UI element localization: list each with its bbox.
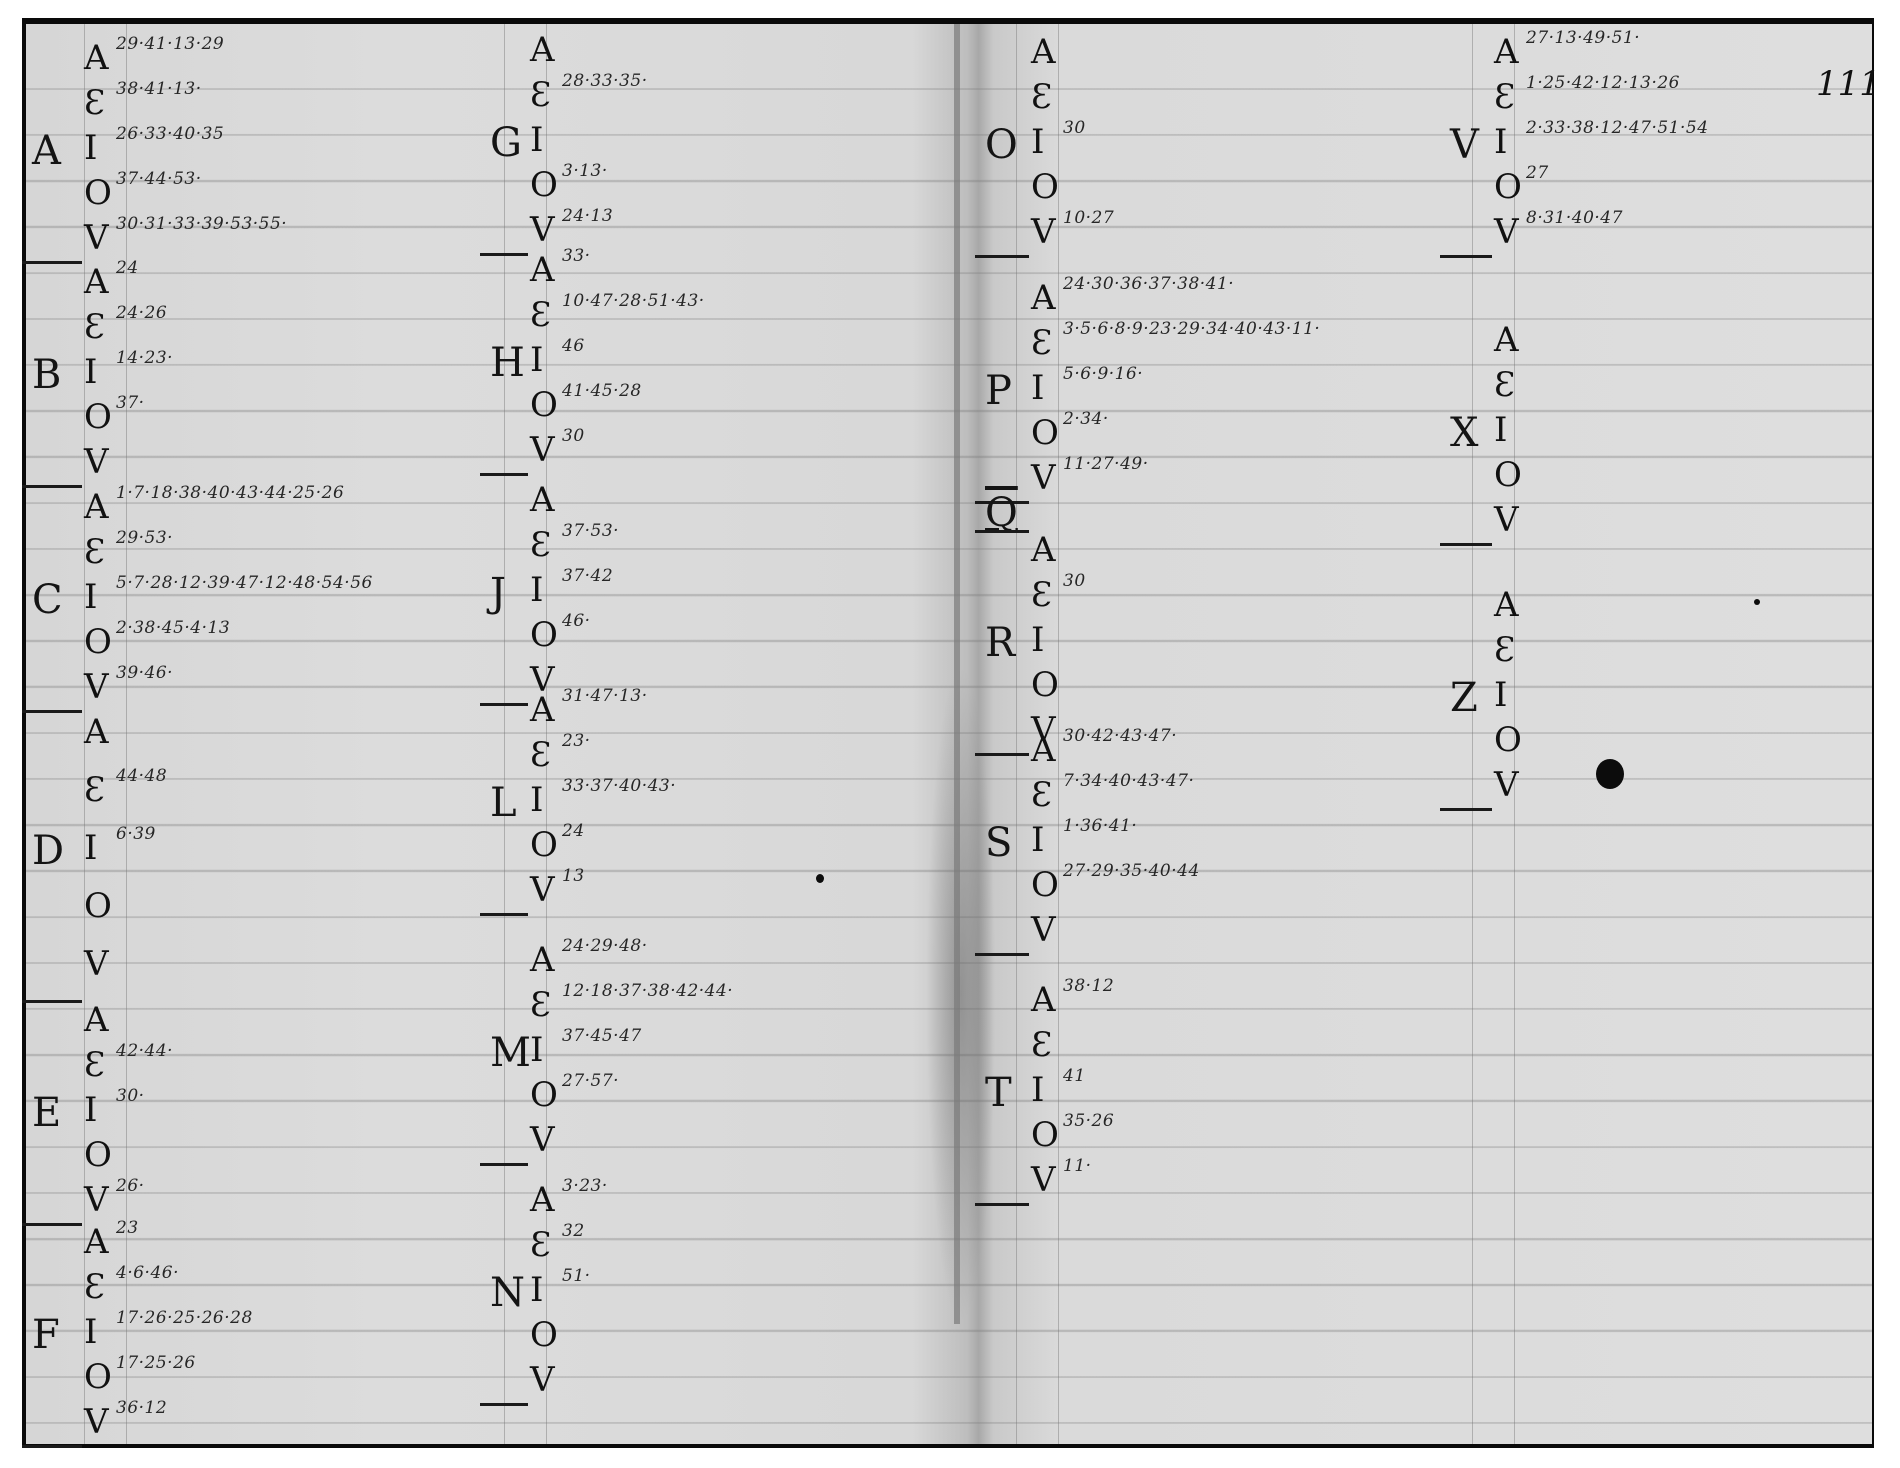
vowel-label: Ɛ	[84, 532, 105, 572]
vowel-label: O	[1494, 720, 1522, 760]
vowel-label: I	[84, 1090, 97, 1130]
index-row: I	[490, 120, 910, 166]
index-row: V30·31·33·39·53·55·	[26, 218, 446, 264]
page-references: 17·26·25·26·28	[116, 1308, 253, 1328]
page-references: 37·	[116, 393, 145, 413]
vowel-label: V	[1494, 212, 1519, 252]
index-row: Ɛ37·53·	[490, 525, 910, 571]
vowel-label: I	[84, 577, 97, 617]
vowel-label: O	[530, 385, 558, 425]
page-references: 30	[1063, 571, 1086, 591]
index-row: V	[490, 1120, 910, 1166]
vowel-label: I	[1031, 820, 1044, 860]
page-references: 10·47·28·51·43·	[562, 291, 705, 311]
vowel-label: A	[530, 1180, 555, 1220]
index-row: V	[1440, 500, 1860, 546]
index-row: A	[26, 1000, 446, 1046]
page-references: 37·45·47	[562, 1026, 642, 1046]
vowel-label: O	[1031, 1115, 1059, 1155]
index-row: Ɛ42·44·	[26, 1045, 446, 1091]
vowel-label: O	[84, 1135, 112, 1175]
index-row: I26·33·40·35	[26, 128, 446, 174]
vowel-label: V	[530, 870, 555, 910]
index-row: I	[1440, 675, 1860, 721]
section-divider	[975, 1203, 1029, 1206]
vowel-label: Ɛ	[1494, 630, 1515, 670]
index-row: A24·29·48·	[490, 940, 910, 986]
index-row: I17·26·25·26·28	[26, 1312, 446, 1358]
page-references: 24	[116, 258, 139, 278]
page-references: 3·5·6·8·9·23·29·34·40·43·11·	[1063, 319, 1320, 339]
vowel-label: Ɛ	[1031, 775, 1052, 815]
vowel-label: O	[84, 173, 112, 213]
index-row: I1·36·41·	[975, 820, 1395, 866]
section-divider	[480, 1403, 528, 1406]
index-row: O	[975, 167, 1395, 213]
index-row: Ɛ1·25·42·12·13·26	[1440, 77, 1860, 123]
page-references: 26·	[116, 1176, 145, 1196]
section-divider	[1440, 808, 1492, 811]
index-row: Ɛ32	[490, 1225, 910, 1271]
page-references: 5·6·9·16·	[1063, 364, 1143, 384]
page-references: 1·36·41·	[1063, 816, 1137, 836]
page-references: 44·48	[116, 766, 167, 786]
page-references: 10·27	[1063, 208, 1114, 228]
index-row: O24	[490, 825, 910, 871]
vowel-label: Ɛ	[530, 735, 551, 775]
page-references: 2·34·	[1063, 409, 1109, 429]
page-references: 38·41·13·	[116, 79, 202, 99]
page-references: 17·25·26	[116, 1353, 196, 1373]
page-references: 2·38·45·4·13	[116, 618, 230, 638]
index-row: Ɛ29·53·	[26, 532, 446, 578]
index-row: Ɛ12·18·37·38·42·44·	[490, 985, 910, 1031]
index-row: I30·	[26, 1090, 446, 1136]
vowel-label: O	[530, 615, 558, 655]
vowel-label: I	[1031, 368, 1044, 408]
vowel-label: O	[1494, 167, 1522, 207]
page-references: 27	[1526, 163, 1549, 183]
vowel-label: O	[1031, 413, 1059, 453]
vowel-label: V	[84, 944, 109, 984]
vowel-label: I	[530, 340, 543, 380]
vowel-label: A	[530, 30, 555, 70]
binding-gutter	[954, 24, 960, 1324]
vowel-label: A	[84, 487, 109, 527]
index-row: O	[26, 886, 446, 932]
vowel-label: I	[530, 780, 543, 820]
index-row: O2·38·45·4·13	[26, 622, 446, 668]
page-references: 8·31·40·47	[1526, 208, 1623, 228]
page-references: 37·42	[562, 566, 613, 586]
index-row: I33·37·40·43·	[490, 780, 910, 826]
index-row: A30·42·43·47·	[975, 730, 1395, 776]
index-row: A	[1440, 320, 1860, 366]
index-row: O41·45·28	[490, 385, 910, 431]
vowel-label: Ɛ	[84, 1267, 105, 1307]
index-row: Ɛ38·41·13·	[26, 83, 446, 129]
vowel-label: O	[530, 1315, 558, 1355]
page-references: 30	[1063, 118, 1086, 138]
index-row: V11·27·49·	[975, 458, 1395, 504]
page-references: 24·26	[116, 303, 167, 323]
vowel-label: A	[1031, 32, 1056, 72]
page-references: 30·31·33·39·53·55·	[116, 214, 287, 234]
index-row: Ɛ44·48	[26, 770, 446, 816]
page-references: 37·44·53·	[116, 169, 202, 189]
page-references: 29·53·	[116, 528, 173, 548]
page-references: 1·25·42·12·13·26	[1526, 73, 1680, 93]
index-row: O	[1440, 720, 1860, 766]
index-row: V	[1440, 765, 1860, 811]
index-row: Ɛ10·47·28·51·43·	[490, 295, 910, 341]
vowel-label: A	[530, 940, 555, 980]
index-row: V26·	[26, 1180, 446, 1226]
page-references: 7·34·40·43·47·	[1063, 771, 1194, 791]
page-references: 31·47·13·	[562, 686, 648, 706]
vowel-label: O	[84, 1357, 112, 1397]
index-row: O35·26	[975, 1115, 1395, 1161]
page-references: 36·12	[116, 1398, 167, 1418]
index-row: O27·57·	[490, 1075, 910, 1121]
vowel-label: Ɛ	[1494, 77, 1515, 117]
section-divider	[480, 473, 528, 476]
vowel-label: V	[1494, 765, 1519, 805]
page-references: 39·46·	[116, 663, 173, 683]
page-references: 14·23·	[116, 348, 173, 368]
vowel-label: O	[84, 886, 112, 926]
index-row: Ɛ	[1440, 365, 1860, 411]
page-references: 46	[562, 336, 585, 356]
section-divider	[480, 913, 528, 916]
page-references: 33·37·40·43·	[562, 776, 676, 796]
page-references: 24	[562, 821, 585, 841]
page-references: 3·23·	[562, 1176, 608, 1196]
index-row: O	[975, 665, 1395, 711]
page-references: 37·53·	[562, 521, 619, 541]
page-references: 23·	[562, 731, 591, 751]
index-row: O	[490, 1315, 910, 1361]
vowel-label: A	[1031, 730, 1056, 770]
vowel-label: V	[84, 442, 109, 482]
vowel-label: I	[1031, 620, 1044, 660]
vowel-label: O	[84, 622, 112, 662]
index-row: A23	[26, 1222, 446, 1268]
vowel-label: I	[1494, 410, 1507, 450]
page-references: 5·7·28·12·39·47·12·48·54·56	[116, 573, 373, 593]
index-row: V13	[490, 870, 910, 916]
index-row: V8·31·40·47	[1440, 212, 1860, 258]
page-references: 30·42·43·47·	[1063, 726, 1177, 746]
index-row: A	[490, 480, 910, 526]
index-row: V11·	[975, 1160, 1395, 1206]
vowel-label: Ɛ	[530, 1225, 551, 1265]
index-row: Ɛ23·	[490, 735, 910, 781]
page-references: 28·33·35·	[562, 71, 648, 91]
page-references: 4·6·46·	[116, 1263, 179, 1283]
index-row: V	[26, 442, 446, 488]
section-divider	[975, 255, 1029, 258]
index-row: V	[975, 910, 1395, 956]
index-row: I41	[975, 1070, 1395, 1116]
vowel-label: I	[1031, 1070, 1044, 1110]
vowel-label: A	[1031, 980, 1056, 1020]
vowel-label: I	[530, 570, 543, 610]
vowel-label: A	[84, 712, 109, 752]
vowel-label: A	[84, 262, 109, 302]
vowel-label: V	[84, 667, 109, 707]
index-row: Ɛ7·34·40·43·47·	[975, 775, 1395, 821]
page-references: 24·30·36·37·38·41·	[1063, 274, 1234, 294]
index-row: Ɛ24·26	[26, 307, 446, 353]
index-row: I30	[975, 122, 1395, 168]
vowel-label: V	[1031, 458, 1056, 498]
vowel-label: I	[84, 352, 97, 392]
index-row: Ɛ4·6·46·	[26, 1267, 446, 1313]
index-row: O	[1440, 455, 1860, 501]
index-row: Ɛ3·5·6·8·9·23·29·34·40·43·11·	[975, 323, 1395, 369]
vowel-label: V	[530, 210, 555, 250]
vowel-label: Ɛ	[530, 525, 551, 565]
vowel-label: Ɛ	[1031, 1025, 1052, 1065]
index-row: A	[975, 32, 1395, 78]
page-references: 41·45·28	[562, 381, 642, 401]
vowel-label: V	[84, 1402, 109, 1442]
page-references: 41	[1063, 1066, 1086, 1086]
index-row: Ɛ30	[975, 575, 1395, 621]
index-row: V	[490, 1360, 910, 1406]
section-divider	[1440, 543, 1492, 546]
page-references: 1·7·18·38·40·43·44·25·26	[116, 483, 344, 503]
index-row: V10·27	[975, 212, 1395, 258]
vowel-label: A	[530, 480, 555, 520]
page-references: 30	[562, 426, 585, 446]
index-row: A38·12	[975, 980, 1395, 1026]
index-row: Ɛ	[975, 1025, 1395, 1071]
index-row: I6·39	[26, 828, 446, 874]
vowel-label: O	[1031, 665, 1059, 705]
index-row: I5·7·28·12·39·47·12·48·54·56	[26, 577, 446, 623]
index-row: A	[975, 530, 1395, 576]
vowel-label: O	[530, 1075, 558, 1115]
vowel-label: A	[530, 690, 555, 730]
vowel-label: Ɛ	[1031, 77, 1052, 117]
vowel-label: A	[1494, 585, 1519, 625]
index-row: V	[26, 944, 446, 990]
vowel-label: A	[1031, 278, 1056, 318]
index-row: I37·45·47	[490, 1030, 910, 1076]
page-references: 3·13·	[562, 161, 608, 181]
index-row: A	[26, 712, 446, 758]
vowel-label: A	[84, 1000, 109, 1040]
section-divider	[975, 953, 1029, 956]
vowel-label: V	[84, 1180, 109, 1220]
vowel-label: V	[1031, 212, 1056, 252]
page-references: 42·44·	[116, 1041, 173, 1061]
page-references: 11·27·49·	[1063, 454, 1149, 474]
index-row: V39·46·	[26, 667, 446, 713]
page-references: 12·18·37·38·42·44·	[562, 981, 733, 1001]
page-references: 29·41·13·29	[116, 34, 224, 54]
vowel-label: Ɛ	[530, 985, 551, 1025]
vowel-label: Ɛ	[84, 83, 105, 123]
vowel-label: Ɛ	[530, 295, 551, 335]
vowel-label: A	[1494, 320, 1519, 360]
index-row: I2·33·38·12·47·51·54	[1440, 122, 1860, 168]
page-references: 46·	[562, 611, 591, 631]
page-references: 6·39	[116, 824, 156, 844]
index-row: A33·	[490, 250, 910, 296]
page-references: 32	[562, 1221, 585, 1241]
vowel-label: V	[84, 218, 109, 258]
vowel-label: I	[530, 1030, 543, 1070]
vowel-label: V	[1031, 1160, 1056, 1200]
page-references: 33·	[562, 246, 591, 266]
index-row: O37·	[26, 397, 446, 443]
vowel-label: O	[1031, 865, 1059, 905]
index-row: O27·29·35·40·44	[975, 865, 1395, 911]
index-row: A3·23·	[490, 1180, 910, 1226]
page-references: 2·33·38·12·47·51·54	[1526, 118, 1709, 138]
page-references: 26·33·40·35	[116, 124, 224, 144]
vowel-label: A	[530, 250, 555, 290]
index-row: Ɛ	[1440, 630, 1860, 676]
index-row: V36·12	[26, 1402, 446, 1448]
index-row: O	[26, 1135, 446, 1181]
vowel-label: Ɛ	[1031, 575, 1052, 615]
vowel-label: I	[1494, 675, 1507, 715]
index-row: I	[975, 620, 1395, 666]
vowel-label: Ɛ	[1031, 323, 1052, 363]
index-row: O17·25·26	[26, 1357, 446, 1403]
page-references: 30·	[116, 1086, 145, 1106]
page-references: 27·29·35·40·44	[1063, 861, 1200, 881]
index-row: O27	[1440, 167, 1860, 213]
index-row: A	[1440, 585, 1860, 631]
section-divider	[22, 1445, 82, 1448]
index-row: A	[490, 30, 910, 76]
vowel-label: Ɛ	[84, 1045, 105, 1085]
index-row: I14·23·	[26, 352, 446, 398]
index-row: O2·34·	[975, 413, 1395, 459]
vowel-label: O	[1494, 455, 1522, 495]
index-row: I37·42	[490, 570, 910, 616]
vowel-label: O	[84, 397, 112, 437]
index-row: A29·41·13·29	[26, 38, 446, 84]
vowel-label: O	[530, 165, 558, 205]
index-row: A24	[26, 262, 446, 308]
vowel-label: A	[1494, 32, 1519, 72]
vowel-label: V	[1031, 910, 1056, 950]
index-row: O3·13·	[490, 165, 910, 211]
vowel-label: V	[530, 430, 555, 470]
page-references: 35·26	[1063, 1111, 1114, 1131]
vowel-label: I	[84, 1312, 97, 1352]
index-row: A24·30·36·37·38·41·	[975, 278, 1395, 324]
vowel-label: I	[84, 128, 97, 168]
page-references: 51·	[562, 1266, 591, 1286]
vowel-label: A	[84, 38, 109, 78]
page-references: 11·	[1063, 1156, 1092, 1176]
vowel-label: Ɛ	[1494, 365, 1515, 405]
vowel-label: O	[1031, 167, 1059, 207]
page-references: 38·12	[1063, 976, 1114, 996]
index-row: O46·	[490, 615, 910, 661]
vowel-label: I	[1494, 122, 1507, 162]
page-references: 13	[562, 866, 585, 886]
vowel-label: V	[1494, 500, 1519, 540]
index-row: V30	[490, 430, 910, 476]
vowel-label: Ɛ	[84, 307, 105, 347]
vowel-label: A	[1031, 530, 1056, 570]
index-row: I51·	[490, 1270, 910, 1316]
index-row: I5·6·9·16·	[975, 368, 1395, 414]
index-row: Ɛ	[975, 77, 1395, 123]
vowel-label: I	[530, 1270, 543, 1310]
section-divider	[1440, 255, 1492, 258]
vowel-label: V	[530, 1120, 555, 1160]
index-row: Ɛ28·33·35·	[490, 75, 910, 121]
index-row: A31·47·13·	[490, 690, 910, 736]
vowel-label: I	[530, 120, 543, 160]
index-row: O37·44·53·	[26, 173, 446, 219]
vowel-label: Ɛ	[530, 75, 551, 115]
page-references: 27·57·	[562, 1071, 619, 1091]
vowel-label: Ɛ	[84, 770, 105, 810]
page-references: 24·29·48·	[562, 936, 648, 956]
section-divider	[480, 1163, 528, 1166]
index-row: I46	[490, 340, 910, 386]
vowel-label: I	[1031, 122, 1044, 162]
vowel-label: V	[530, 1360, 555, 1400]
page-references: 23	[116, 1218, 139, 1238]
page-references: 27·13·49·51·	[1526, 28, 1640, 48]
index-row: A1·7·18·38·40·43·44·25·26	[26, 487, 446, 533]
index-row: I	[1440, 410, 1860, 456]
index-row: A27·13·49·51·	[1440, 32, 1860, 78]
vowel-label: A	[84, 1222, 109, 1262]
vowel-label: O	[530, 825, 558, 865]
vowel-label: I	[84, 828, 97, 868]
page-references: 24·13	[562, 206, 613, 226]
